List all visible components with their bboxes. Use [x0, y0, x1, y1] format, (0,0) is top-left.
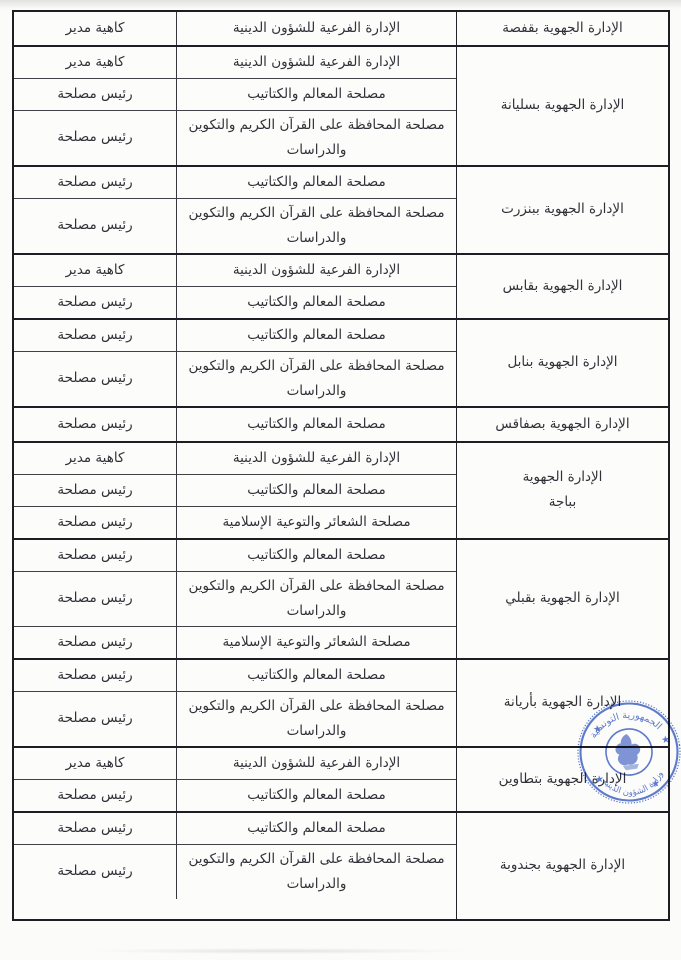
title-cell: رئيس مصلحة — [14, 199, 176, 253]
section-rows: الإدارة الفرعية للشؤون الدينية كاهية مدي… — [14, 443, 456, 538]
section-rows: مصلحة المعالم والكتاتيب رئيس مصلحة مصلحة… — [14, 540, 456, 658]
region-cell: الإدارة الجهوية ببنزرت — [456, 167, 668, 253]
table-row: مصلحة المعالم والكتاتيب رئيس مصلحة — [14, 167, 456, 198]
table-row: مصلحة المحافظة على القرآن الكريم والتكوي… — [14, 198, 456, 253]
table-section: الإدارة الجهويةبباجة الإدارة الفرعية للش… — [14, 441, 668, 538]
title-cell: رئيس مصلحة — [14, 660, 176, 691]
table-section: الإدارة الجهوية بأريانة مصلحة المعالم وا… — [14, 658, 668, 746]
region-cell: الإدارة الجهوية بتطاوين — [456, 748, 668, 811]
table-row: مصلحة المحافظة على القرآن الكريم والتكوي… — [14, 571, 456, 626]
table-row: مصلحة المحافظة على القرآن الكريم والتكوي… — [14, 351, 456, 406]
title-cell: رئيس مصلحة — [14, 111, 176, 165]
table-row: الإدارة الفرعية للشؤون الدينية كاهية مدي… — [14, 255, 456, 286]
title-cell: كاهية مدير — [14, 12, 176, 45]
section-rows: مصلحة المعالم والكتاتيب رئيس مصلحة مصلحة… — [14, 660, 456, 746]
region-cell: الإدارة الجهويةبباجة — [456, 443, 668, 538]
department-cell: مصلحة المعالم والكتاتيب — [176, 540, 456, 571]
section-rows: مصلحة المعالم والكتاتيب رئيس مصلحة مصلحة… — [14, 813, 456, 919]
table-row: الإدارة الفرعية للشؤون الدينية كاهية مدي… — [14, 443, 456, 474]
table-section: الإدارة الجهوية ببنزرت مصلحة المعالم وال… — [14, 165, 668, 253]
title-cell: رئيس مصلحة — [14, 540, 176, 571]
title-cell: كاهية مدير — [14, 255, 176, 286]
table-section: الإدارة الجهوية بقفصة الإدارة الفرعية لل… — [14, 12, 668, 45]
table-section: الإدارة الجهوية بتطاوين الإدارة الفرعية … — [14, 746, 668, 811]
title-cell: رئيس مصلحة — [14, 507, 176, 538]
region-cell: الإدارة الجهوية بأريانة — [456, 660, 668, 746]
department-cell: مصلحة المحافظة على القرآن الكريم والتكوي… — [176, 352, 456, 406]
department-cell: مصلحة المعالم والكتاتيب — [176, 79, 456, 110]
table-row: مصلحة المحافظة على القرآن الكريم والتكوي… — [14, 844, 456, 919]
title-cell: رئيس مصلحة — [14, 352, 176, 406]
title-cell: رئيس مصلحة — [14, 287, 176, 318]
title-cell: كاهية مدير — [14, 443, 176, 474]
department-cell: مصلحة الشعائر والتوعية الإسلامية — [176, 507, 456, 538]
department-cell: مصلحة المحافظة على القرآن الكريم والتكوي… — [176, 845, 456, 899]
table-row: مصلحة الشعائر والتوعية الإسلامية رئيس مص… — [14, 626, 456, 658]
title-cell: رئيس مصلحة — [14, 813, 176, 844]
table-row: مصلحة المعالم والكتاتيب رئيس مصلحة — [14, 813, 456, 844]
region-cell: الإدارة الجهوية بقبلي — [456, 540, 668, 658]
department-cell: مصلحة المعالم والكتاتيب — [176, 287, 456, 318]
department-cell: الإدارة الفرعية للشؤون الدينية — [176, 47, 456, 78]
table-row: مصلحة المعالم والكتاتيب رئيس مصلحة — [14, 540, 456, 571]
title-cell: رئيس مصلحة — [14, 408, 176, 441]
table-section: الإدارة الجهوية بنابل مصلحة المعالم والك… — [14, 318, 668, 406]
table-section: الإدارة الجهوية بجندوبة مصلحة المعالم وا… — [14, 811, 668, 919]
region-cell: الإدارة الجهوية بجندوبة — [456, 813, 668, 919]
table-row: مصلحة المعالم والكتاتيب رئيس مصلحة — [14, 286, 456, 318]
section-rows: مصلحة المعالم والكتاتيب رئيس مصلحة — [14, 408, 456, 441]
title-cell: رئيس مصلحة — [14, 627, 176, 658]
section-rows: مصلحة المعالم والكتاتيب رئيس مصلحة مصلحة… — [14, 320, 456, 406]
department-cell: مصلحة المعالم والكتاتيب — [176, 780, 456, 811]
org-table: الإدارة الجهوية بقفصة الإدارة الفرعية لل… — [12, 10, 670, 921]
table-row: الإدارة الفرعية للشؤون الدينية كاهية مدي… — [14, 748, 456, 779]
table-row: الإدارة الفرعية للشؤون الدينية كاهية مدي… — [14, 47, 456, 78]
table-row: الإدارة الفرعية للشؤون الدينية كاهية مدي… — [14, 12, 456, 45]
department-cell: مصلحة المعالم والكتاتيب — [176, 475, 456, 506]
title-cell: رئيس مصلحة — [14, 320, 176, 351]
scanned-document-page: الإدارة الجهوية بقفصة الإدارة الفرعية لل… — [0, 0, 681, 960]
department-cell: الإدارة الفرعية للشؤون الدينية — [176, 255, 456, 286]
region-cell: الإدارة الجهوية بقابس — [456, 255, 668, 318]
title-cell: رئيس مصلحة — [14, 692, 176, 746]
department-cell: مصلحة المحافظة على القرآن الكريم والتكوي… — [176, 111, 456, 165]
title-cell: رئيس مصلحة — [14, 572, 176, 626]
title-cell: رئيس مصلحة — [14, 79, 176, 110]
title-cell: رئيس مصلحة — [14, 167, 176, 198]
table-row: مصلحة المعالم والكتاتيب رئيس مصلحة — [14, 320, 456, 351]
table-row: مصلحة المعالم والكتاتيب رئيس مصلحة — [14, 408, 456, 441]
department-cell: مصلحة المعالم والكتاتيب — [176, 167, 456, 198]
department-cell: مصلحة المحافظة على القرآن الكريم والتكوي… — [176, 199, 456, 253]
table-row: مصلحة الشعائر والتوعية الإسلامية رئيس مص… — [14, 506, 456, 538]
section-rows: الإدارة الفرعية للشؤون الدينية كاهية مدي… — [14, 748, 456, 811]
title-cell: رئيس مصلحة — [14, 845, 176, 899]
table-section: الإدارة الجهوية بصفاقس مصلحة المعالم وال… — [14, 406, 668, 441]
table-row: مصلحة المعالم والكتاتيب رئيس مصلحة — [14, 474, 456, 506]
title-cell: كاهية مدير — [14, 748, 176, 779]
table-row: مصلحة المحافظة على القرآن الكريم والتكوي… — [14, 691, 456, 746]
table-section: الإدارة الجهوية بقابس الإدارة الفرعية لل… — [14, 253, 668, 318]
section-rows: الإدارة الفرعية للشؤون الدينية كاهية مدي… — [14, 47, 456, 165]
department-cell: الإدارة الفرعية للشؤون الدينية — [176, 443, 456, 474]
title-cell: رئيس مصلحة — [14, 475, 176, 506]
section-rows: الإدارة الفرعية للشؤون الدينية كاهية مدي… — [14, 255, 456, 318]
department-cell: الإدارة الفرعية للشؤون الدينية — [176, 748, 456, 779]
section-rows: مصلحة المعالم والكتاتيب رئيس مصلحة مصلحة… — [14, 167, 456, 253]
table-row: مصلحة المعالم والكتاتيب رئيس مصلحة — [14, 779, 456, 811]
table-row: مصلحة المعالم والكتاتيب رئيس مصلحة — [14, 78, 456, 110]
region-cell: الإدارة الجهوية بسليانة — [456, 47, 668, 165]
department-cell: مصلحة المعالم والكتاتيب — [176, 660, 456, 691]
region-cell: الإدارة الجهوية بنابل — [456, 320, 668, 406]
table-row: مصلحة المحافظة على القرآن الكريم والتكوي… — [14, 110, 456, 165]
title-cell: رئيس مصلحة — [14, 780, 176, 811]
table-section: الإدارة الجهوية بقبلي مصلحة المعالم والك… — [14, 538, 668, 658]
region-cell: الإدارة الجهوية بصفاقس — [456, 408, 668, 441]
department-cell: مصلحة الشعائر والتوعية الإسلامية — [176, 627, 456, 658]
title-cell: كاهية مدير — [14, 47, 176, 78]
department-cell: مصلحة المعالم والكتاتيب — [176, 320, 456, 351]
department-cell: مصلحة المحافظة على القرآن الكريم والتكوي… — [176, 692, 456, 746]
department-cell: الإدارة الفرعية للشؤون الدينية — [176, 12, 456, 45]
table-section: الإدارة الجهوية بسليانة الإدارة الفرعية … — [14, 45, 668, 165]
table-row: مصلحة المعالم والكتاتيب رئيس مصلحة — [14, 660, 456, 691]
section-rows: الإدارة الفرعية للشؤون الدينية كاهية مدي… — [14, 12, 456, 45]
department-cell: مصلحة المعالم والكتاتيب — [176, 813, 456, 844]
region-cell: الإدارة الجهوية بقفصة — [456, 12, 668, 45]
department-cell: مصلحة المعالم والكتاتيب — [176, 408, 456, 441]
department-cell: مصلحة المحافظة على القرآن الكريم والتكوي… — [176, 572, 456, 626]
